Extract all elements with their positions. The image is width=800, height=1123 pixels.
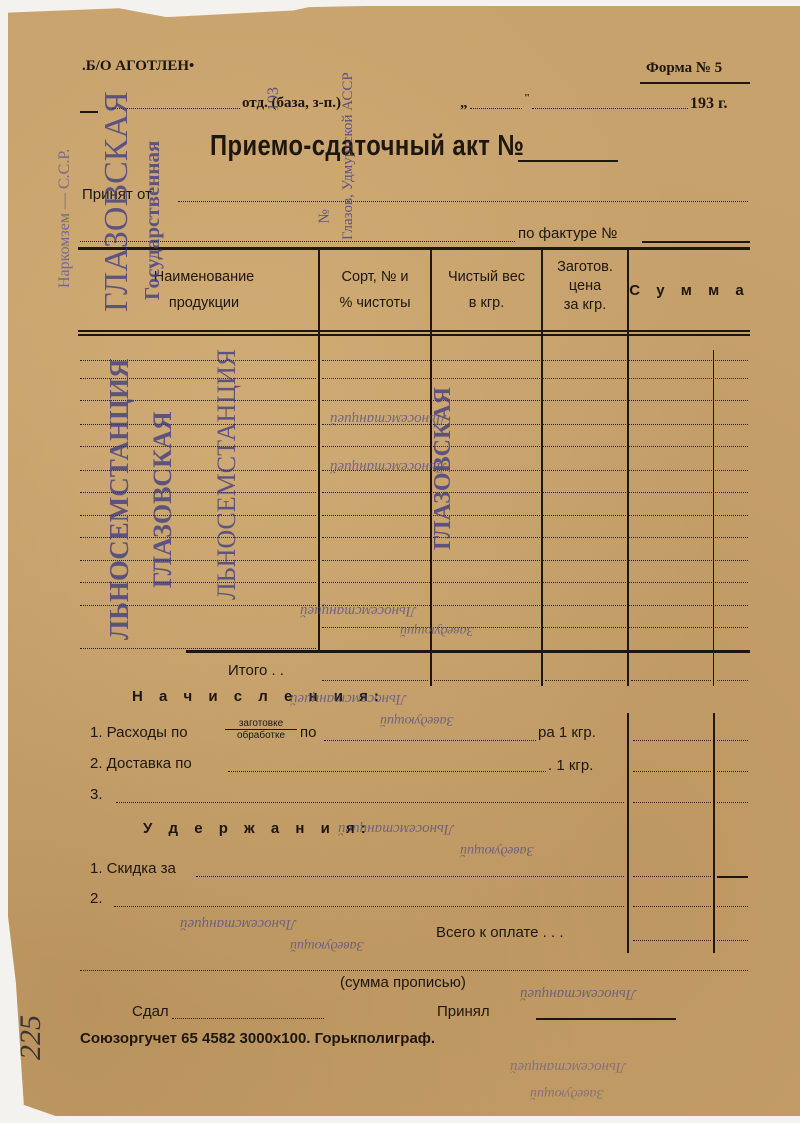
table-row-1-values[interactable] <box>322 378 748 379</box>
sig-stamp-5b: Заведующий <box>460 842 533 858</box>
table-header-rule-2 <box>78 334 750 336</box>
col-header-weight: Чистый вес в кгр. <box>432 264 541 316</box>
sig-stamp-4: Льносемстанцией <box>290 690 406 707</box>
charges-col-divider <box>627 713 629 813</box>
sig-stamp-2: Льносемстанцией <box>330 458 446 475</box>
deduction-2-field[interactable] <box>114 906 624 907</box>
table-row-4b-values[interactable] <box>322 537 748 538</box>
dept-label: отд. (база, з-п.) <box>242 95 341 112</box>
charge-2-field[interactable] <box>228 771 546 772</box>
sig-stamp-3b: Заведующий <box>400 622 473 638</box>
handed-over-signature[interactable] <box>172 1018 324 1019</box>
stamp-glazovskaya-large: ГЛАЗОВСКАЯ <box>98 91 136 312</box>
printer-imprint: Союзоргучет 65 4582 3000х100. Горькполиг… <box>80 1030 435 1047</box>
total-price-field[interactable] <box>545 680 625 681</box>
received-from-field[interactable] <box>178 201 748 202</box>
charge-2-kop[interactable] <box>717 771 748 772</box>
table-row-5-values[interactable] <box>322 560 748 561</box>
table-row-6b-values[interactable] <box>322 627 748 628</box>
date-day-field[interactable] <box>470 108 522 109</box>
total-grade-field[interactable] <box>322 680 428 681</box>
table-row-3b-values[interactable] <box>322 492 748 493</box>
invoice-number-field[interactable] <box>642 241 750 243</box>
dept-line-a <box>80 111 98 113</box>
charges-kop-divider <box>713 713 715 813</box>
sig-stamp-7: Льносемстанцией <box>520 985 636 1002</box>
year-label: 193 г. <box>690 95 727 113</box>
sig-stamp-8: Льносемстанцией <box>510 1058 626 1075</box>
total-payable-kop[interactable] <box>717 940 748 941</box>
stamp-year: 193 <box>265 87 283 111</box>
charge-1-fraction: заготовке обработке <box>225 718 297 741</box>
sig-stamp-3: Льносемстанцией <box>300 602 416 619</box>
charge-3-field[interactable] <box>116 802 624 803</box>
received-signature[interactable] <box>536 1018 676 1020</box>
table-row-2b-values[interactable] <box>322 446 748 447</box>
sig-stamp-1: Льносемстанцией <box>330 410 446 427</box>
sum-in-words-label: (сумма прописью) <box>340 974 466 991</box>
date-month-field[interactable] <box>532 108 688 109</box>
act-number-field[interactable] <box>518 160 618 162</box>
charge-3-kop[interactable] <box>717 802 748 803</box>
deduction-1-field[interactable] <box>196 876 624 877</box>
charge-1-field[interactable] <box>324 740 536 741</box>
sig-stamp-5: Льносемстанцией <box>338 820 454 837</box>
sig-stamp-6: Льносемстанцией <box>180 915 296 932</box>
charge-1-sum[interactable] <box>633 740 711 741</box>
table-row-5b-values[interactable] <box>322 582 748 583</box>
charge-1-mid: по <box>300 724 316 741</box>
form-number: Форма № 5 <box>646 60 722 77</box>
charge-3-sum[interactable] <box>633 802 711 803</box>
charge-1-label: 1. Расходы по <box>90 724 188 741</box>
stamp-lnosem-1: ЛЬНОСЕМСТАНЦИЯ <box>104 359 135 640</box>
total-payable-label: Всего к оплате . . . <box>436 924 564 941</box>
deduction-1-sum[interactable] <box>633 876 711 877</box>
invoice-label: по фактуре № <box>518 225 617 242</box>
deductions-kop-divider <box>713 813 715 953</box>
stamp-lnosem-3: ЛЬНОСЕМСТАНЦИЯ <box>212 349 242 600</box>
charge-1-suffix: ра 1 кгр. <box>538 724 596 741</box>
total-rule <box>186 650 750 653</box>
table-top-rule <box>78 247 750 250</box>
col-divider-3 <box>541 250 543 686</box>
stamp-glazov-udmurt: Глазов, Удмуртской АССР <box>340 72 357 240</box>
charge-2-suffix: . 1 кгр. <box>548 757 593 774</box>
sig-stamp-6b: Заведующий <box>290 937 363 953</box>
col-header-price: Заготов. цена за кгр. <box>543 258 627 315</box>
org-name: .Б/О АГОТЛЕН• <box>82 58 194 75</box>
col-divider-4 <box>627 250 629 686</box>
date-open-quote: „ <box>460 95 468 112</box>
charge-2-label: 2. Доставка по <box>90 755 192 772</box>
deduction-1-kop[interactable] <box>717 876 748 878</box>
charge-2-sum[interactable] <box>633 771 711 772</box>
stamp-narkomzem: Наркомзем — С.С.Р. <box>56 149 74 288</box>
col-header-sum: С у м м а <box>629 278 750 304</box>
total-sum-field[interactable] <box>631 680 711 681</box>
deduction-2-kop[interactable] <box>717 906 748 907</box>
table-row-4-values[interactable] <box>322 515 748 516</box>
deduction-2-sum[interactable] <box>633 906 711 907</box>
charge-3-label: 3. <box>90 786 103 803</box>
sig-stamp-8b: Заведующий <box>530 1085 603 1101</box>
table-header-rule-1 <box>78 330 750 332</box>
total-kopeks-field[interactable] <box>717 680 748 681</box>
sig-stamp-4b: Заведующий <box>380 712 453 728</box>
total-label: Итого . . <box>228 662 284 679</box>
deduction-1-label: 1. Скидка за <box>90 860 176 877</box>
sum-in-words-field[interactable] <box>80 970 748 971</box>
total-weight-field[interactable] <box>434 680 539 681</box>
col-header-grade: Сорт, № и % чистоты <box>320 264 430 316</box>
date-close-quote: " <box>524 92 530 104</box>
charge-1-kop[interactable] <box>717 740 748 741</box>
deductions-col-divider <box>627 813 629 953</box>
handed-over-label: Сдал <box>132 1003 169 1020</box>
form-underline <box>640 82 750 84</box>
table-row-0-values[interactable] <box>322 360 748 361</box>
archive-number-handwritten: 225 <box>14 1015 48 1060</box>
stamp-state: Государственная <box>140 141 165 300</box>
received-label: Принял <box>437 1003 490 1020</box>
stamp-lnosem-2: ГЛАЗОВСКАЯ <box>148 411 178 588</box>
table-row-1b-values[interactable] <box>322 400 748 401</box>
stamp-no: № <box>317 209 334 223</box>
deduction-2-label: 2. <box>90 890 103 907</box>
total-payable-sum[interactable] <box>633 940 711 941</box>
table-row-7[interactable] <box>80 648 316 649</box>
document-title: Приемо-сдаточный акт № <box>210 130 524 163</box>
